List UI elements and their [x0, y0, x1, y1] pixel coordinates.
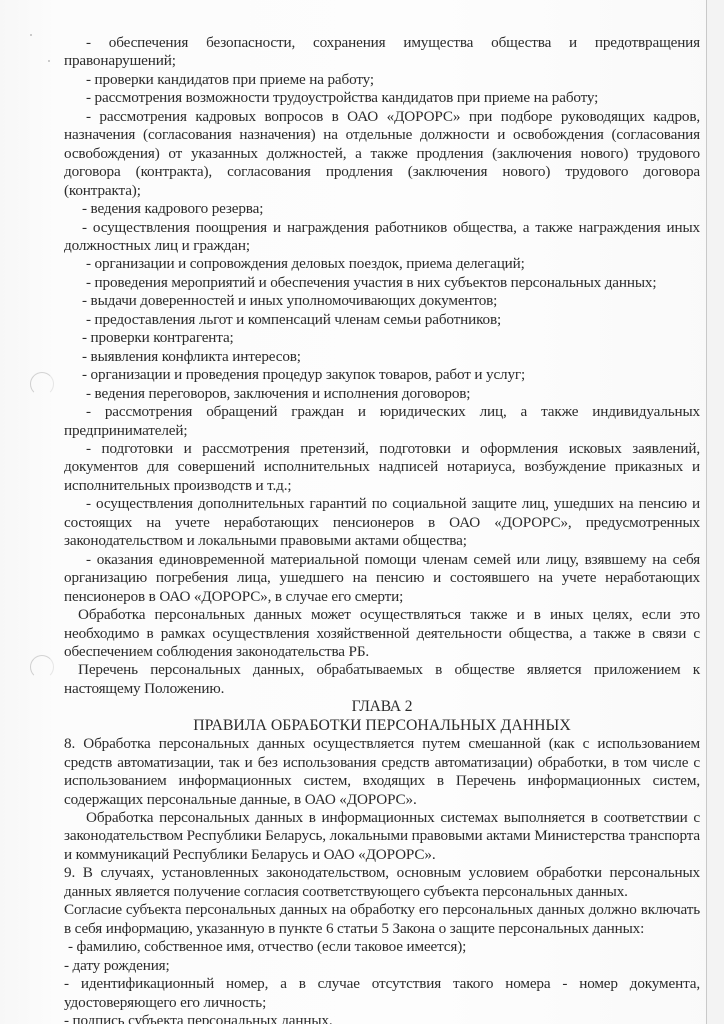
list-item: - подпись субъекта персональных данных.: [64, 1012, 700, 1024]
list-item: - дату рождения;: [64, 957, 700, 975]
scanned-page: - обеспечения безопасности, сохранения и…: [0, 0, 724, 1024]
paragraph: Обработка персональных данных может осущ…: [64, 606, 700, 661]
paragraph: - подготовки и рассмотрения претензий, п…: [64, 440, 700, 495]
paragraph: - осуществления дополнительных гарантий …: [64, 495, 700, 550]
paragraph: - организации и проведения процедур заку…: [64, 366, 700, 384]
list-item: - идентификационный номер, а в случае от…: [64, 975, 700, 1012]
paragraph: Перечень персональных данных, обрабатыва…: [64, 661, 700, 698]
paragraph: - рассмотрения кадровых вопросов в ОАО «…: [64, 108, 700, 200]
paragraph: 9. В случаях, установленных законодатель…: [64, 864, 700, 901]
punch-hole-icon: [30, 372, 54, 396]
document-body: - обеспечения безопасности, сохранения и…: [64, 34, 700, 1024]
paragraph: - осуществления поощрения и награждения …: [64, 219, 700, 256]
scan-speck: [48, 60, 50, 62]
scan-speck: [30, 34, 32, 36]
paragraph: - ведения переговоров, заключения и испо…: [64, 385, 700, 403]
chapter-title: ПРАВИЛА ОБРАБОТКИ ПЕРСОНАЛЬНЫХ ДАННЫХ: [64, 717, 700, 735]
page-edge-line: [706, 0, 707, 1024]
chapter-number: ГЛАВА 2: [64, 698, 700, 716]
paragraph: Обработка персональных данных в информац…: [64, 809, 700, 864]
paragraph: - рассмотрения возможности трудоустройст…: [64, 89, 700, 107]
paragraph: - проверки кандидатов при приеме на рабо…: [64, 71, 700, 89]
paragraph: - оказания единовременной материальной п…: [64, 551, 700, 606]
paragraph: 8. Обработка персональных данных осущест…: [64, 735, 700, 809]
paragraph: - проверки контрагента;: [64, 329, 700, 347]
paragraph: - выдачи доверенностей и иных уполномочи…: [64, 292, 700, 310]
list-item: - фамилию, собственное имя, отчество (ес…: [64, 938, 700, 956]
paragraph: - выявления конфликта интересов;: [64, 348, 700, 366]
paragraph: - обеспечения безопасности, сохранения и…: [64, 34, 700, 71]
paragraph: - проведения мероприятий и обеспечения у…: [64, 274, 700, 292]
paragraph: - рассмотрения обращений граждан и юриди…: [64, 403, 700, 440]
page-edge-shadow: [707, 0, 724, 1024]
paragraph: - ведения кадрового резерва;: [64, 200, 700, 218]
paragraph: - предоставления льгот и компенсаций чле…: [64, 311, 700, 329]
paragraph: - организации и сопровождения деловых по…: [64, 255, 700, 273]
paragraph: Согласие субъекта персональных данных на…: [64, 901, 700, 938]
punch-hole-icon: [30, 655, 54, 679]
